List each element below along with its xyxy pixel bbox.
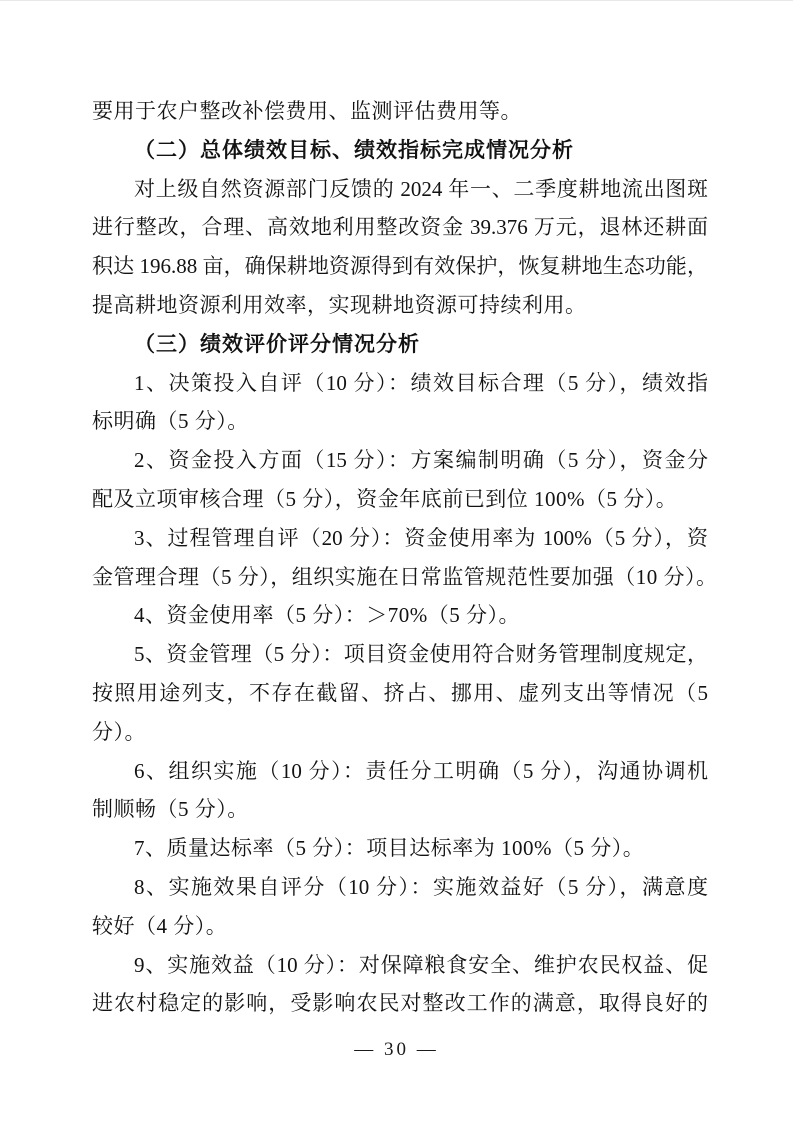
text-line: 要用于农户整改补偿费用、监测评估费用等。 <box>92 92 708 131</box>
page-number: — 30 — <box>0 1035 793 1065</box>
text-line: 金管理合理（5 分），组织实施在日常监管规范性要加强（10 分）。 <box>92 558 708 597</box>
text-line: 按照用途列支，不存在截留、挤占、挪用、虚列支出等情况（5 <box>92 674 708 713</box>
text-line: 8、实施效果自评分（10 分）：实施效益好（5 分），满意度 <box>92 868 708 907</box>
text-line: 分）。 <box>92 713 708 752</box>
text-line: 3、过程管理自评（20 分）：资金使用率为 100%（5 分），资 <box>92 519 708 558</box>
text-line: 5、资金管理（5 分）：项目资金使用符合财务管理制度规定， <box>92 635 708 674</box>
text-line: 配及立项审核合理（5 分），资金年底前已到位 100%（5 分）。 <box>92 480 708 519</box>
text-line: 2、资金投入方面（15 分）：方案编制明确（5 分），资金分 <box>92 441 708 480</box>
section-heading-2: （二）总体绩效目标、绩效指标完成情况分析 <box>92 131 708 170</box>
text-line: 积达 196.88 亩，确保耕地资源得到有效保护，恢复耕地生态功能， <box>92 247 708 286</box>
text-line: 1、决策投入自评（10 分）：绩效目标合理（5 分），绩效指 <box>92 364 708 403</box>
text-line: 6、组织实施（10 分）：责任分工明确（5 分），沟通协调机 <box>92 752 708 791</box>
text-line: 对上级自然资源部门反馈的 2024 年一、二季度耕地流出图斑 <box>92 170 708 209</box>
text-line: 进农村稳定的影响，受影响农民对整改工作的满意，取得良好的 <box>92 984 708 1023</box>
text-line: 提高耕地资源利用效率，实现耕地资源可持续利用。 <box>92 286 708 325</box>
text-line: 制顺畅（5 分）。 <box>92 790 708 829</box>
text-line: 较好（4 分）。 <box>92 907 708 946</box>
document-page: 要用于农户整改补偿费用、监测评估费用等。 （二）总体绩效目标、绩效指标完成情况分… <box>0 0 793 1122</box>
text-line: 9、实施效益（10 分）：对保障粮食安全、维护农民权益、促 <box>92 946 708 985</box>
text-line: 4、资金使用率（5 分）：＞70%（5 分）。 <box>92 596 708 635</box>
document-body: 要用于农户整改补偿费用、监测评估费用等。 （二）总体绩效目标、绩效指标完成情况分… <box>92 92 708 1023</box>
section-heading-3: （三）绩效评价评分情况分析 <box>92 325 708 364</box>
text-line: 进行整改，合理、高效地利用整改资金 39.376 万元，退林还耕面 <box>92 208 708 247</box>
text-line: 标明确（5 分）。 <box>92 402 708 441</box>
text-line: 7、质量达标率（5 分）：项目达标率为 100%（5 分）。 <box>92 829 708 868</box>
